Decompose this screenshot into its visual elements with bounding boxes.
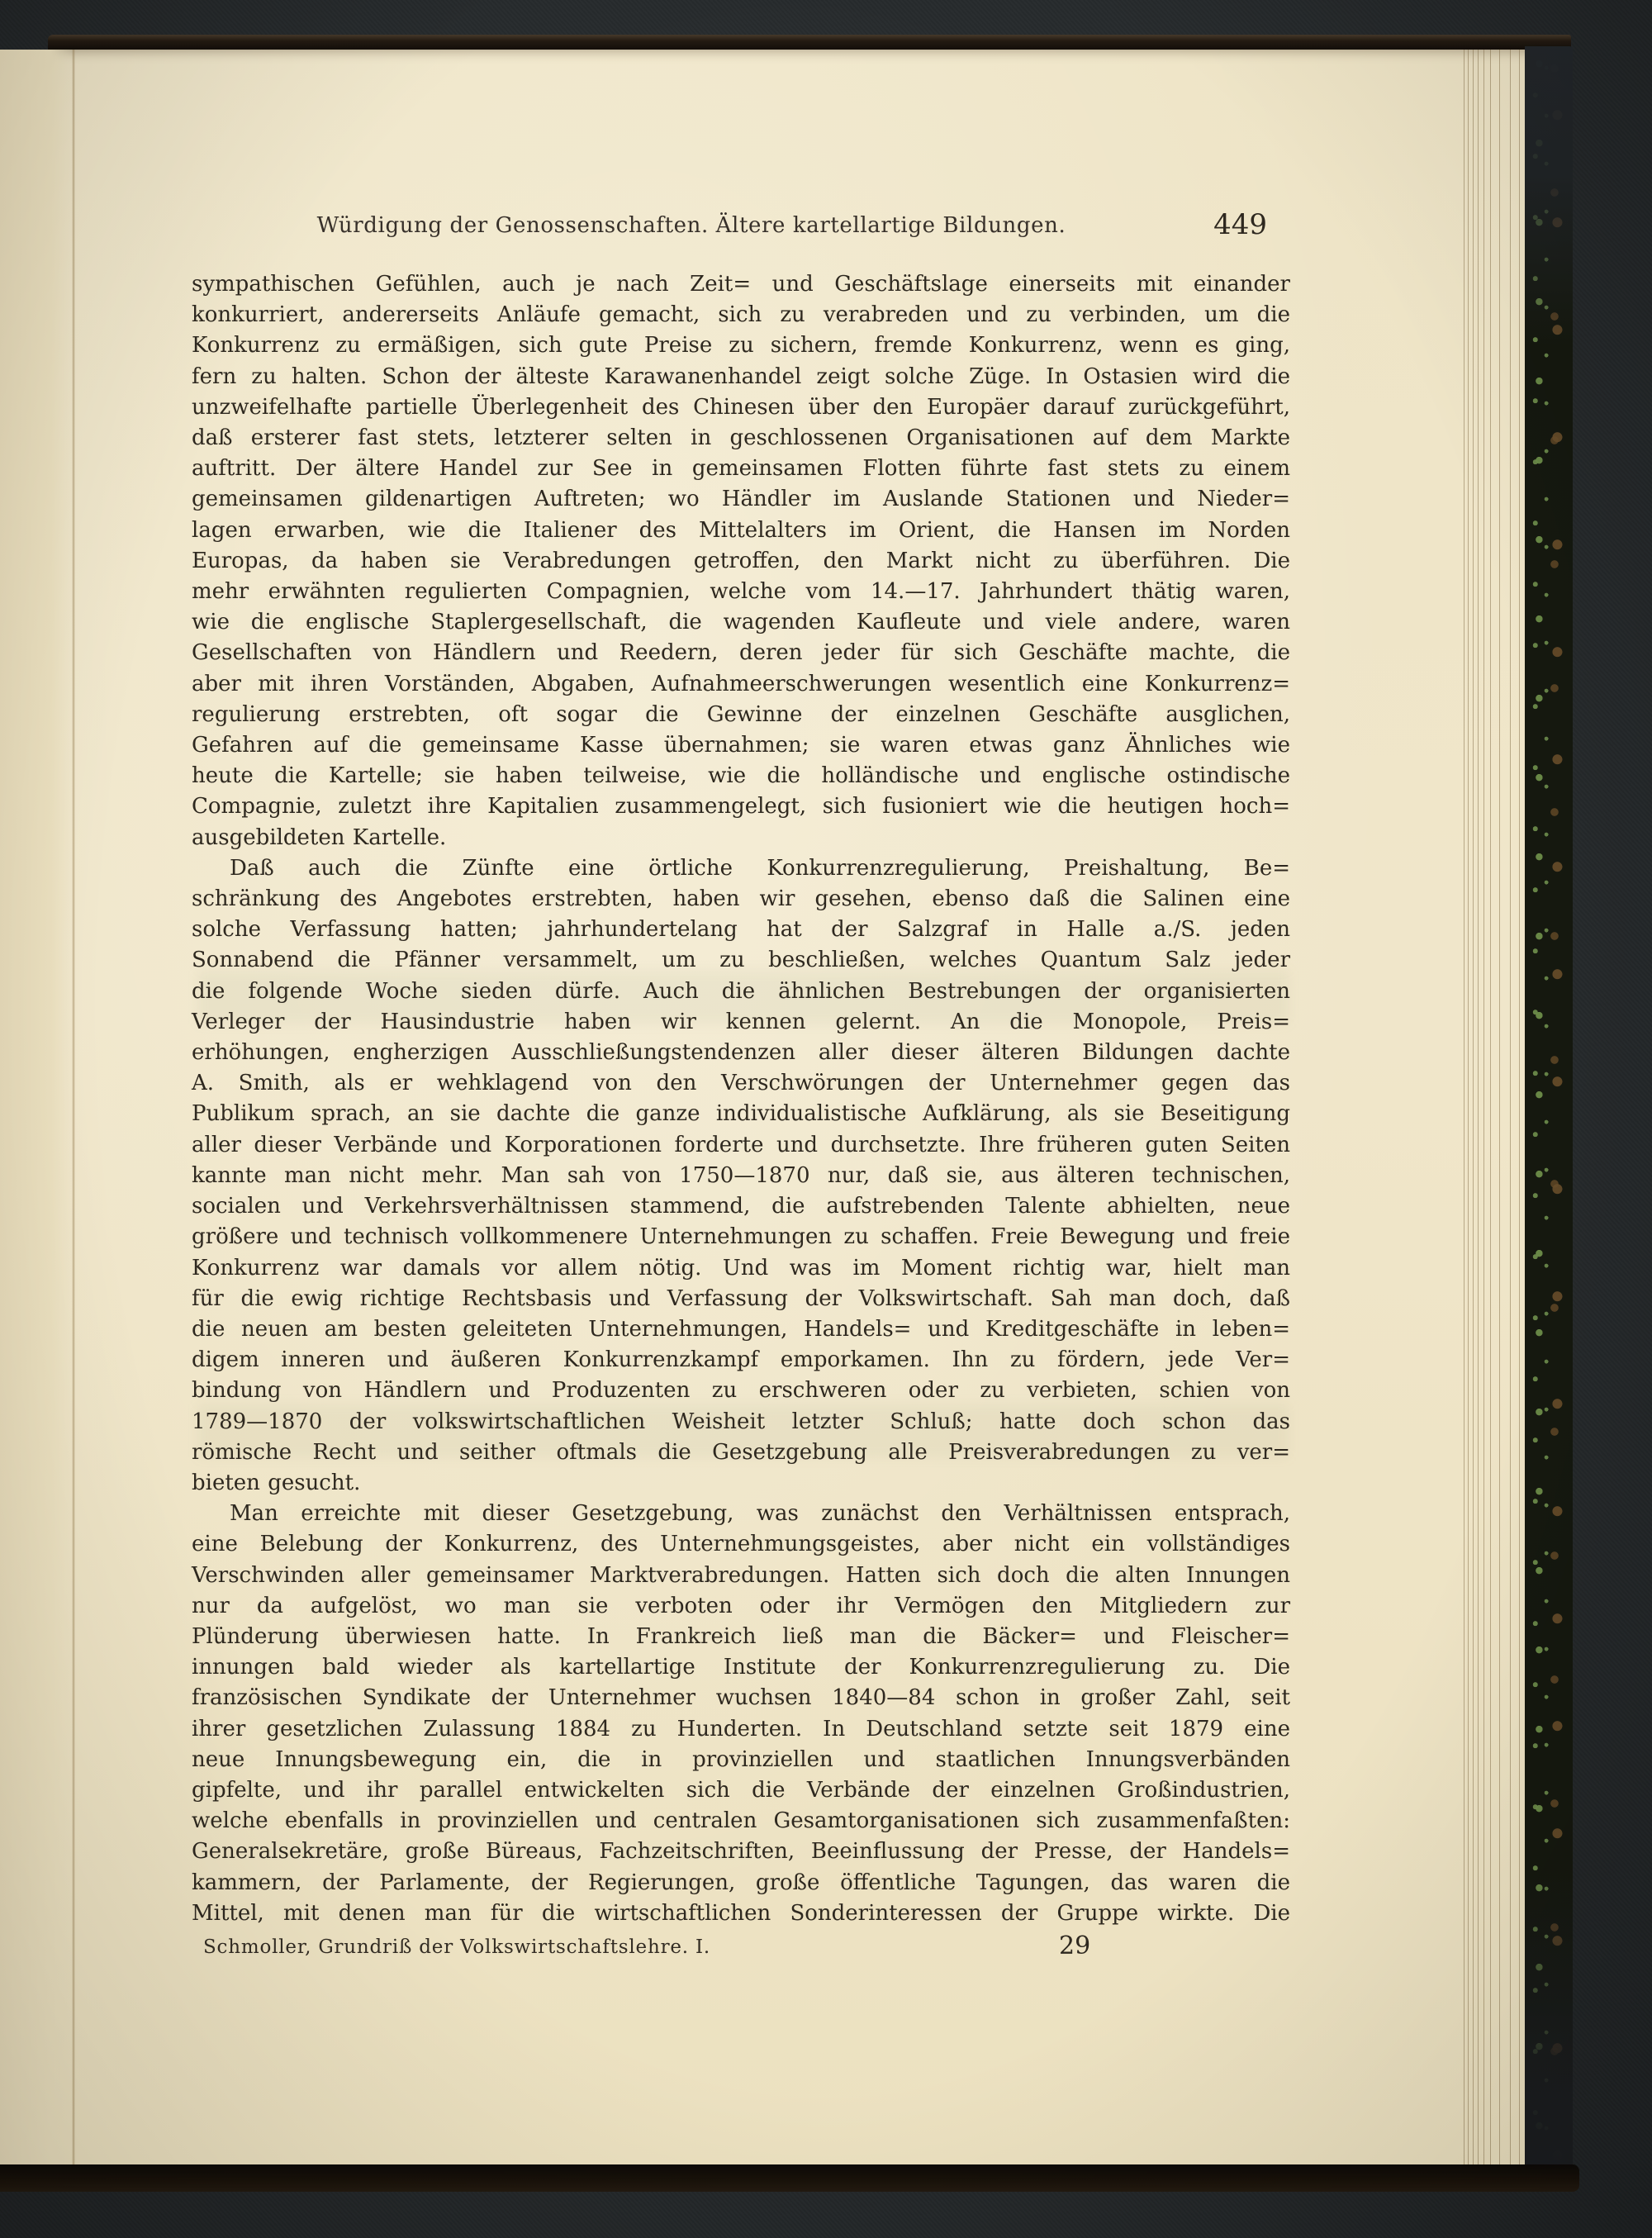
text-line: innungen bald wieder als kartellartige I… [192,1652,1290,1683]
text-line: Generalsekretäre, große Büreaus, Fachzei… [192,1836,1290,1867]
text-line: Konkurrenz zu ermäßigen, sich gute Preis… [192,330,1290,361]
photo-background: Würdigung der Genossenschaften. Ältere k… [0,0,1652,2238]
running-title: Würdigung der Genossenschaften. Ältere k… [192,213,1290,238]
text-line: bindung von Händlern und Produzenten zu … [192,1376,1290,1406]
text-line: fern zu halten. Schon der älteste Karawa… [192,362,1290,392]
text-line: aller dieser Verbände und Korporationen … [192,1130,1290,1161]
text-line: kammern, der Parlamente, der Regierungen… [192,1868,1290,1898]
text-line: Verleger der Hausindustrie haben wir ken… [192,1007,1290,1038]
text-line: die folgende Woche sieden dürfe. Auch di… [192,976,1290,1007]
text-line: Mittel, mit denen man für die wirtschaft… [192,1898,1290,1929]
text-line: für die ewig richtige Rechtsbasis und Ve… [192,1284,1290,1314]
text-line: Sonnabend die Pfänner versammelt, um zu … [192,945,1290,976]
paragraph: Man erreichte mit dieser Gesetzgebung, w… [192,1499,1290,1929]
text-line: heute die Kartelle; sie haben teilweise,… [192,761,1290,791]
text-line: gemeinsamen gildenartigen Auftreten; wo … [192,484,1290,515]
paragraph: Daß auch die Zünfte eine örtliche Konkur… [192,853,1290,1499]
page-footer: Schmoller, Grundriß der Volkswirtschafts… [203,1936,1302,1970]
text-line: Publikum sprach, an sie dachte die ganze… [192,1099,1290,1129]
page-header: Würdigung der Genossenschaften. Ältere k… [192,213,1290,248]
page-number: 449 [1213,208,1267,241]
text-line: sympathischen Gefühlen, auch je nach Zei… [192,269,1290,300]
text-line: römische Recht und seither oftmals die G… [192,1437,1290,1468]
text-line: digem inneren und äußeren Konkurrenzkamp… [192,1345,1290,1376]
text-line: auftritt. Der ältere Handel zur See in g… [192,454,1290,484]
text-line: A. Smith, als er wehklagend von den Vers… [192,1068,1290,1099]
sheet-number: 29 [1059,1932,1090,1960]
text-line: solche Verfassung hatten; jahrhundertela… [192,915,1290,945]
text-line: Verschwinden aller gemeinsamer Marktvera… [192,1561,1290,1591]
text-line: eine Belebung der Konkurrenz, des Untern… [192,1529,1290,1560]
text-line: neue Innungsbewegung ein, die in provinz… [192,1745,1290,1775]
text-line: ausgebildeten Kartelle. [192,823,1290,853]
text-line: erhöhungen, engherzigen Ausschließungste… [192,1038,1290,1068]
printed-page-content: Würdigung der Genossenschaften. Ältere k… [0,50,1526,2166]
text-line: ihrer gesetzlichen Zulassung 1884 zu Hun… [192,1714,1290,1745]
text-line: 1789—1870 der volkswirtschaftlichen Weis… [192,1407,1290,1437]
text-line: regulierung erstrebten, oft sogar die Ge… [192,700,1290,730]
footer-signature: Schmoller, Grundriß der Volkswirtschafts… [203,1936,710,1958]
text-line: unzweifelhafte partielle Überlegenheit d… [192,392,1290,423]
text-line: daß ersterer fast stets, letzterer selte… [192,423,1290,454]
text-line: aber mit ihren Vorständen, Abgaben, Aufn… [192,669,1290,700]
marbled-cover-strip [1525,46,1573,2169]
text-line: wie die englische Staplergesellschaft, d… [192,607,1290,638]
text-line: Compagnie, zuletzt ihre Kapitalien zusam… [192,791,1290,822]
text-line: die neuen am besten geleiteten Unternehm… [192,1314,1290,1345]
paragraphs: sympathischen Gefühlen, auch je nach Zei… [192,269,1290,1929]
text-line: Konkurrenz war damals vor allem nötig. U… [192,1253,1290,1284]
paragraph: sympathischen Gefühlen, auch je nach Zei… [192,269,1290,853]
text-line: konkurriert, andererseits Anläufe gemach… [192,300,1290,330]
text-line: schränkung des Angebotes erstrebten, hab… [192,884,1290,915]
text-line: Man erreichte mit dieser Gesetzgebung, w… [192,1499,1290,1529]
text-line: Daß auch die Zünfte eine örtliche Konkur… [192,853,1290,884]
text-line: mehr erwähnten regulierten Compagnien, w… [192,577,1290,607]
text-line: gipfelte, und ihr parallel entwickelten … [192,1775,1290,1806]
text-line: socialen und Verkehrsverhältnissen stamm… [192,1191,1290,1222]
text-line: nur da aufgelöst, wo man sie verboten od… [192,1591,1290,1622]
text-line: bieten gesucht. [192,1468,1290,1499]
text-line: größere und technisch vollkommenere Unte… [192,1222,1290,1252]
text-line: Gesellschaften von Händlern und Reedern,… [192,638,1290,668]
text-line: französischen Syndikate der Unternehmer … [192,1683,1290,1713]
text-line: Gefahren auf die gemeinsame Kasse überna… [192,730,1290,761]
text-line: Europas, da haben sie Verabredungen getr… [192,546,1290,577]
text-line: kannte man nicht mehr. Man sah von 1750—… [192,1161,1290,1191]
text-line: Plünderung überwiesen hatte. In Frankrei… [192,1622,1290,1652]
book-cover-bottom-edge [0,2164,1579,2192]
text-line: lagen erwarben, wie die Italiener des Mi… [192,516,1290,546]
text-line: welche ebenfalls in provinziellen und ce… [192,1806,1290,1836]
